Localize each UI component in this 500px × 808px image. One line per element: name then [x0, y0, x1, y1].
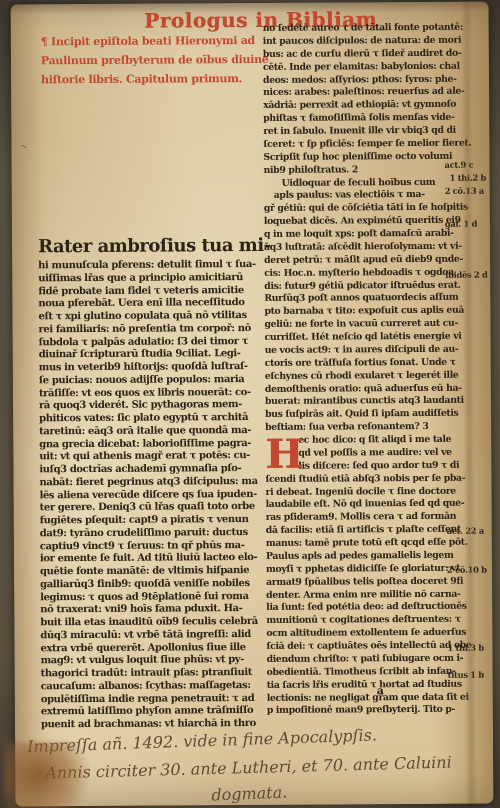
text-line: buerat: mirantibus cunctis atq3 laudanti: [265, 395, 479, 409]
text-line: armat9 ſpūalibus telis poſtea doceret 9f…: [266, 575, 480, 589]
handwritten-note-line2: Annis circiter 30. ante Lutheri, et 70. …: [45, 753, 452, 783]
text-line: quētie fonte manātē: de vltimis hiſpanie: [40, 565, 272, 579]
marginal-note: ibidēs 2 d: [445, 270, 487, 280]
text-line: geliū: ne forte in vacuū curreret aut cu…: [264, 318, 478, 332]
handwritten-note-line3: dogmata.: [211, 782, 288, 804]
text-line: gř gétiū: qui de cōſciétia tāti in ſe ho…: [264, 202, 478, 216]
text-line: munitionū τ cogitationes deſtruentes: τ: [266, 614, 480, 628]
marginal-note: act.9 c: [445, 160, 474, 170]
rubric-line: Paulinum preſbyterum de oībus diuine: [41, 50, 277, 70]
marginal-note: 1 thi.3 b: [447, 643, 483, 653]
text-line: nabāt: fieret pegrinus atq3 diſcipulus: …: [39, 476, 271, 490]
rubricated-initial-h: H: [265, 436, 303, 474]
text-line: thagorici tradūt: intrauit pſas: ptranſi…: [41, 667, 273, 681]
text-line: demoſthenis oratio: quā aduerſus eū ha-: [265, 382, 479, 396]
text-line: deret petrū: τ māſit apud eū dieb9 qnde-: [264, 253, 478, 267]
text-line: ret in ſabulo. Inuenit ille vir vbiq3 qd…: [263, 125, 477, 139]
text-line: Rurſūq3 poſt annos quatuordecis aſſum: [264, 292, 478, 306]
left-column-text: hi munuſcula pferens: detulit ſimul τ ſu…: [38, 259, 273, 732]
text-line: taretinū: eāq3 orā italie que quondā ma-: [39, 425, 271, 439]
text-line: dūq3 miraculū: vt vrbē tātā ingreſſi: al…: [40, 629, 272, 643]
left-column: Rater ambroſius tua mi- hi munuſcula pfe…: [38, 233, 273, 732]
text-line: āq3 luſtratā: aſcēdit hieroſolymam: vt v…: [264, 240, 478, 254]
text-line: laudabile eſt. Nō qd inuenias ſed qd que…: [266, 498, 480, 512]
text-line: nices: arabes: paleſtinos: reuerſus ad a…: [263, 86, 477, 100]
text-line: phiſtas τ famoſiſſimā ſolis menſas vide-: [263, 112, 477, 126]
text-line: ras pſideram9. Mollis cera τ ad formān: [266, 511, 480, 525]
text-line: rei familiaris: nō preſentia tm corpoř: …: [39, 323, 271, 337]
text-line: p impoſitionē man9 preſbyterij. Tito p-: [267, 704, 481, 718]
rubric-line: hiſtorie libris. Capitulum primum.: [41, 69, 277, 89]
text-line: hi munuſcula pferens: detulit ſimul τ ſu…: [38, 259, 270, 273]
text-line: ſceret: τ ſp pficiēs: ſemper ſe melior f…: [263, 137, 477, 151]
left-column-opening-line: Rater ambroſius tua mi-: [38, 233, 270, 260]
text-line: galliarūq3 finib9: quoſdā veniſſe nobile…: [40, 578, 272, 592]
text-line: buit illa etas inauditū oīb9 ſeculis cel…: [40, 616, 272, 630]
marginal-note: titus 1 b: [448, 670, 484, 680]
right-column-text: no ſedétē aureo τ de tātali fonte potant…: [263, 22, 481, 719]
ink-stain: [3, 742, 99, 808]
text-line: eſt τ xpi glutino copulata quā nō vtilit…: [38, 310, 270, 324]
text-line: ocm altitudinem extollentem ſe aduerſus: [266, 627, 480, 641]
text-line: lia ſunt: ſed potétia deo: ad deſtructio…: [266, 601, 480, 615]
text-line: lectionis: ne negligat gřam que data ſit…: [267, 691, 481, 705]
text-line: q in me loquit xps: poſt damaſcū arabi-: [264, 228, 478, 242]
marginal-note: 2 cō.13 a: [445, 186, 484, 196]
text-line: no ſedétē aureo τ de tātali fonte potant…: [263, 22, 477, 36]
text-line: xādriā: perrexit ad ethiopiā: vt gymnoſo: [263, 99, 477, 113]
text-line: uiſſimas lřas que a principio amicitiarū: [38, 272, 270, 286]
stray-ink-mark: ~: [18, 140, 35, 154]
text-line: eſchynes cū rhodi exularet τ legerét ill…: [265, 369, 479, 383]
text-line: denter. Arma enim nre militie nō carna-: [266, 588, 480, 602]
text-line: ue vocis act9: τ in aures diſcipuli de a…: [265, 343, 479, 357]
text-line: bus ſuſpirās ait. Quid ſi ipſam audiſſet…: [265, 408, 479, 422]
text-line: dis: futur9 gétiū pdicator iſtruēdus era…: [264, 279, 478, 293]
marginal-note: gal. 1 d: [445, 219, 477, 229]
text-line: caucaſum: albanos: ſcythas: maſſagetas:: [41, 680, 273, 694]
text-line: mus in veterib9 hiſtorijs: quoſdā luſtra…: [39, 361, 271, 375]
text-line: phiticos vates: ſic plato egyptū τ archi…: [39, 412, 271, 426]
text-line: cētē. Inde per elamitas: babylonios: cha…: [263, 60, 477, 74]
text-line: int paucos diſcipulos: de natura: de mor…: [263, 34, 477, 48]
marginal-note: act. 22 a: [447, 526, 484, 536]
text-line: diendum chriſto: τ pati ſubiugare ocm i-: [267, 652, 481, 666]
text-line: deos: medos: aſſyrios: pthos: ſyros: phe…: [263, 73, 477, 87]
rubric-line: ¶ Incipit epiſtola beati Hieronymi ad: [41, 31, 277, 51]
incipit-rubric: ¶ Incipit epiſtola beati Hieronymi adPau…: [41, 31, 277, 89]
marginal-note: 1 thi.2 b: [450, 173, 486, 183]
text-line: tia ſacris lřis eruditū τ hortat ad ſtud…: [267, 678, 481, 692]
text-line: fugiētes pſequit: capt9 a piratis τ venu…: [40, 514, 272, 528]
book-page: Prologus in Bibliam ¶ Incipit epiſtola b…: [11, 2, 494, 807]
text-line: iuſq3 doctrīas achademī gymnaſia pſo-: [39, 463, 271, 477]
text-line: pto barnaba τ tito: expoſuit cus aplis e…: [264, 305, 478, 319]
text-line: dat9: tyrāno crudeliſſimo paruit: ductus: [40, 527, 272, 541]
text-line: ctoris ore trāſfuſa fortius ſonat. Unde …: [265, 356, 479, 370]
text-line: ri debeat. Ingeniū docile τ ſine doctore: [266, 485, 480, 499]
quire-signature-mark: a: [377, 684, 384, 697]
marginal-note: 2 cō.10 b: [447, 565, 487, 575]
text-line: manus: tamē prute totū eſt qcqd eſſe pōt…: [266, 537, 480, 551]
text-line: Paulus apls ad pedes gamalielis legem: [266, 549, 480, 563]
text-line: bus: ac de curſu dierū τ ſideř audiret d…: [263, 47, 477, 61]
photo-backdrop: Prologus in Bibliam ¶ Incipit epiſtola b…: [0, 0, 500, 808]
text-line: ſe puicias: nouos adijſſe populos: maria: [39, 374, 271, 388]
text-line: curriſſet. Hét neſcio qd latétis energie…: [265, 331, 479, 345]
